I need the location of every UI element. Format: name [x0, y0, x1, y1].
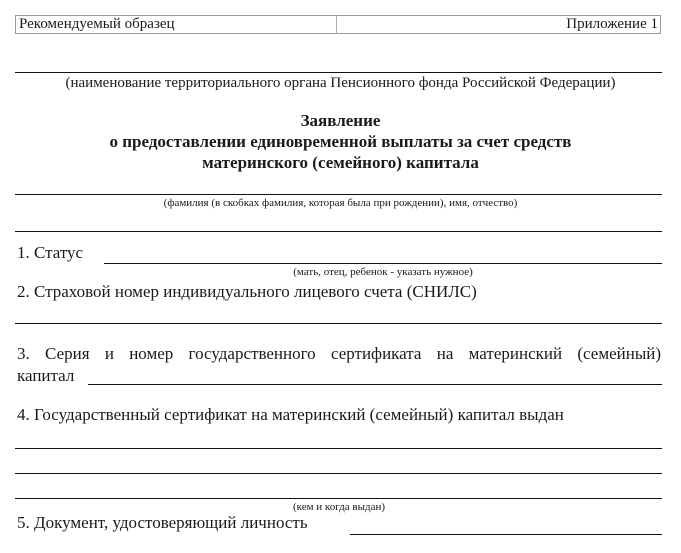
title-line-3: материнского (семейного) капитала	[0, 152, 681, 173]
identity-document-label: 5. Документ, удостоверяющий личность	[17, 513, 308, 533]
status-hint: (мать, отец, ребенок - указать нужное)	[200, 266, 566, 278]
recommended-sample-label: Рекомендуемый образец	[16, 16, 337, 33]
form-title: Заявление о предоставлении единовременно…	[0, 110, 681, 173]
status-input[interactable]	[104, 263, 662, 264]
certificate-issued-input-2[interactable]	[15, 473, 662, 474]
certificate-number-label-cont: капитал	[17, 366, 74, 386]
header-table: Рекомендуемый образец Приложение 1	[15, 15, 661, 34]
identity-document-input[interactable]	[350, 534, 662, 535]
title-line-2: о предоставлении единовременной выплаты …	[0, 131, 681, 152]
snils-label: 2. Страховой номер индивидуального лицев…	[17, 282, 477, 302]
certificate-issued-hint: (кем и когда выдан)	[200, 501, 478, 513]
authority-caption: (наименование территориального органа Пе…	[0, 75, 681, 92]
certificate-issued-input-3[interactable]	[15, 498, 662, 499]
status-label: 1. Статус	[17, 243, 83, 263]
certificate-number-input[interactable]	[88, 384, 662, 385]
applicant-name-field[interactable]	[15, 194, 662, 195]
certificate-issued-input-1[interactable]	[15, 448, 662, 449]
certificate-number-label: 3. Серия и номер государственного сертиф…	[17, 344, 661, 364]
applicant-name-caption: (фамилия (в скобках фамилия, которая был…	[0, 197, 681, 209]
applicant-name-field-2[interactable]	[15, 231, 662, 232]
appendix-label: Приложение 1	[337, 16, 660, 33]
snils-input[interactable]	[15, 323, 662, 324]
certificate-issued-label: 4. Государственный сертификат на материн…	[17, 405, 564, 425]
title-line-1: Заявление	[0, 110, 681, 131]
authority-field[interactable]	[15, 72, 662, 73]
